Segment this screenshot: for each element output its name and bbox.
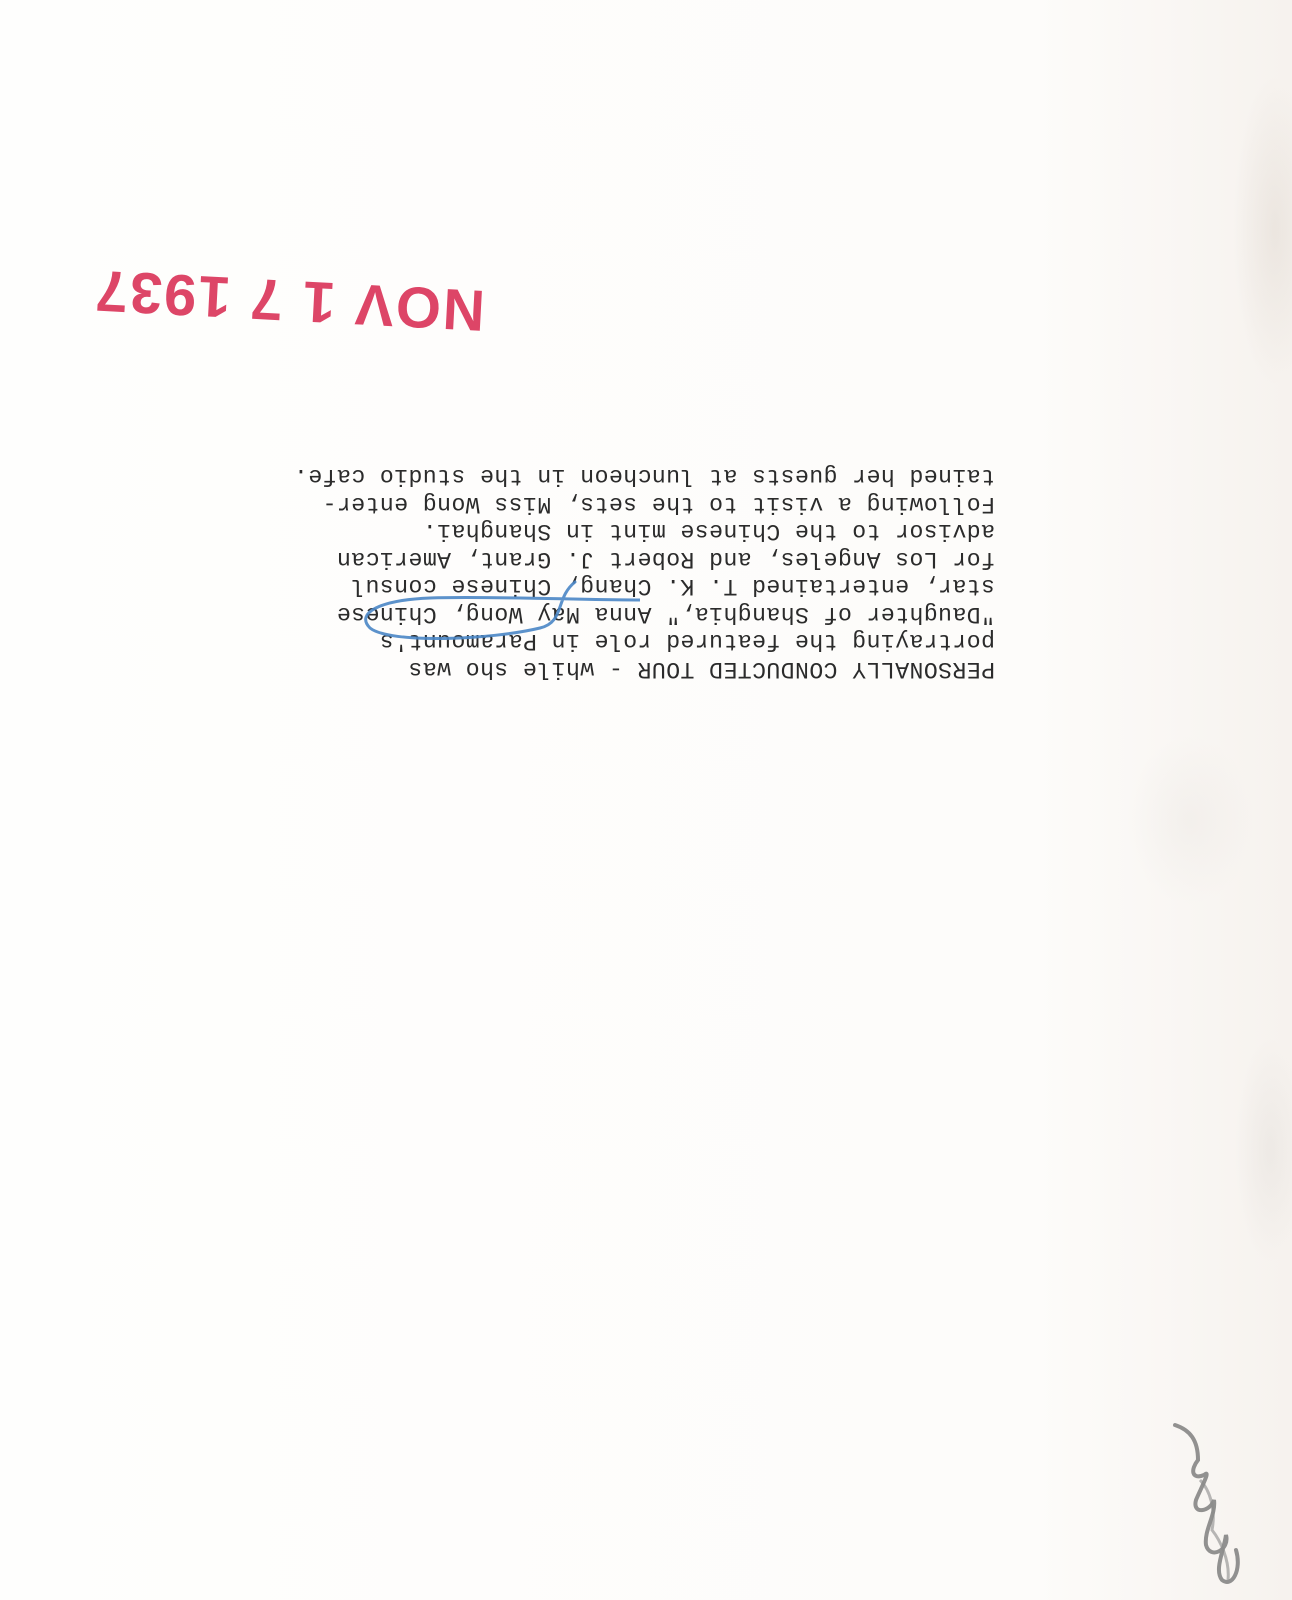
- caption-line: advisor to the Chinese mint in Shanghai.: [205, 517, 995, 545]
- caption-line: PERSONALLY CONDUCTED TOUR - while sho wa…: [205, 655, 995, 683]
- caption-line: tained her guests at luncheon in the stu…: [205, 462, 995, 490]
- caption-line: Following a visit to the sets, Miss Wong…: [205, 490, 995, 518]
- blue-pen-loop-mark: [340, 578, 640, 648]
- typed-caption: PERSONALLY CONDUCTED TOUR - while sho wa…: [205, 462, 995, 682]
- date-stamp: NOV 1 7 1937: [213, 261, 486, 345]
- caption-line: for Los Angeles, and Robert J. Grant, Am…: [205, 545, 995, 573]
- pencil-scribble-mark: [1170, 1420, 1250, 1590]
- photo-back-paper: [0, 0, 1292, 1600]
